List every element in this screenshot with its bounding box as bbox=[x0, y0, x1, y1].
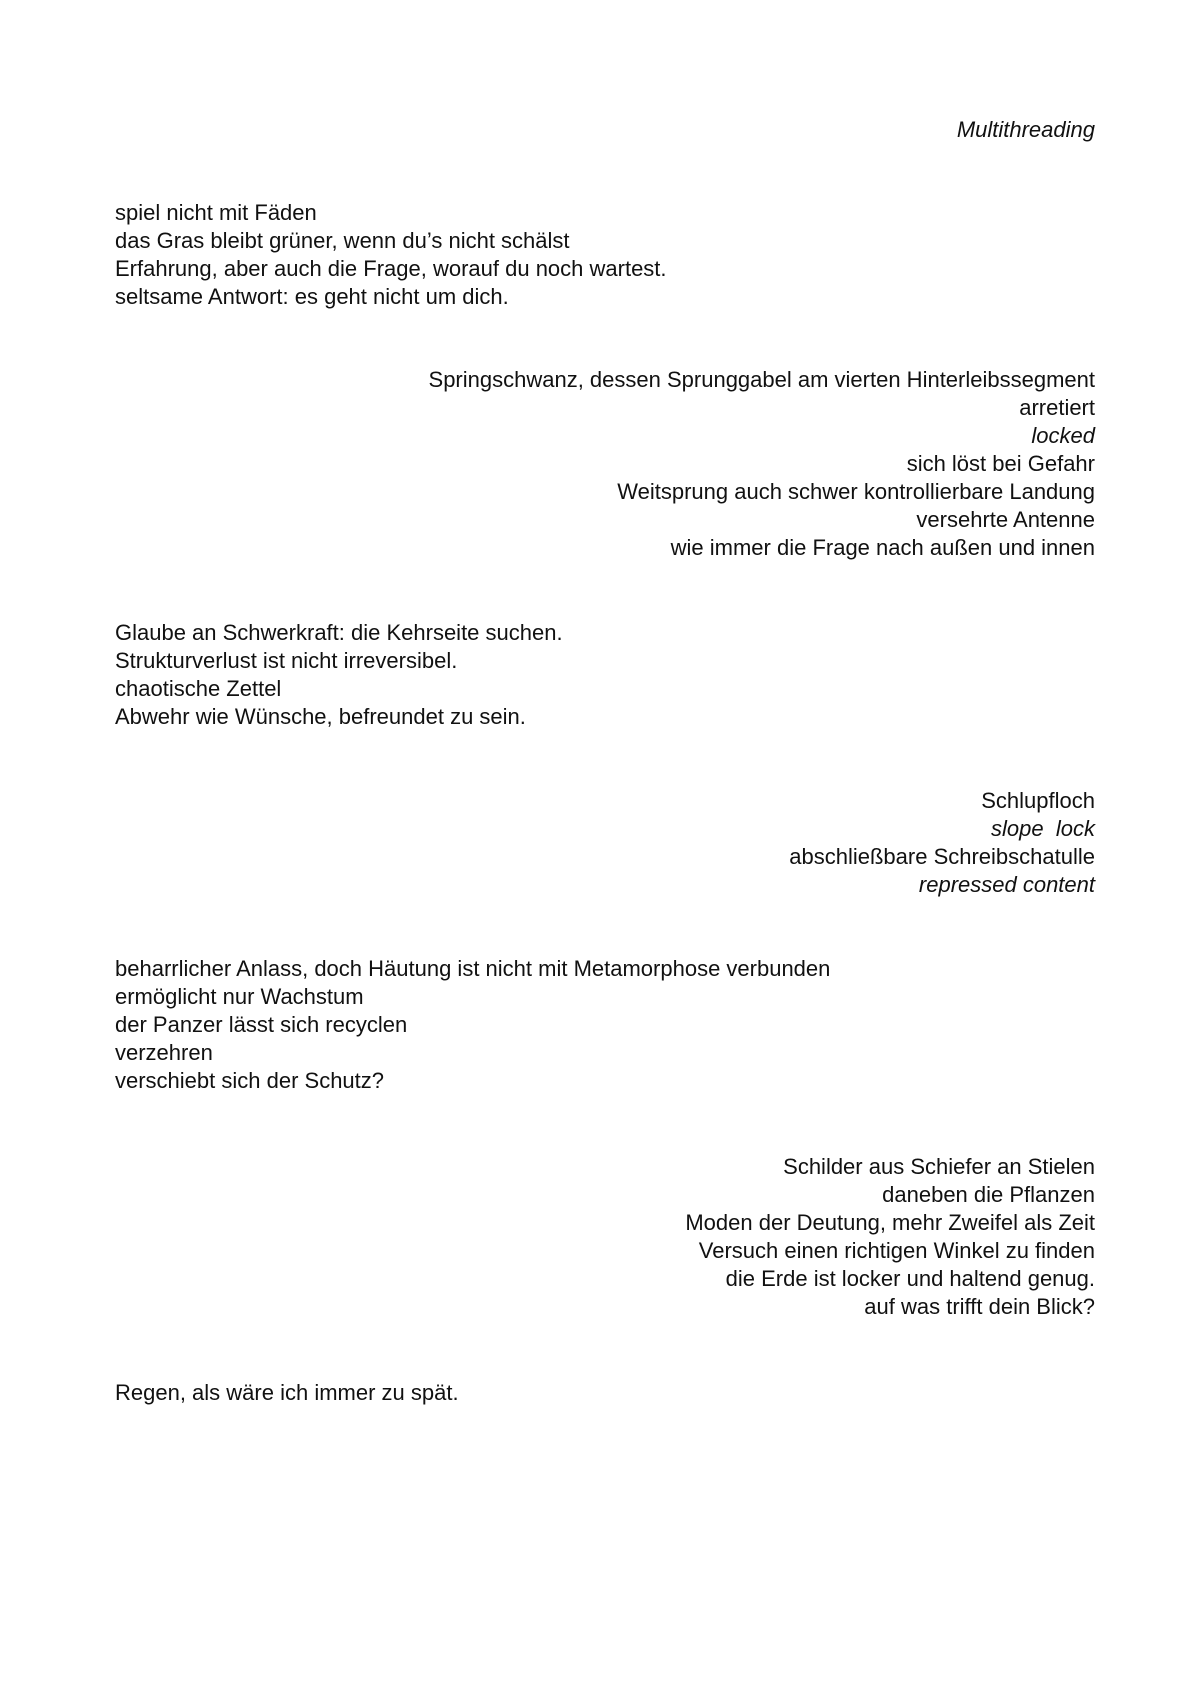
poem-line: abschließbare Schreibschatulle bbox=[789, 843, 1095, 871]
poem-line: Springschwanz, dessen Sprunggabel am vie… bbox=[429, 366, 1095, 394]
stanza-7: Regen, als wäre ich immer zu spät. bbox=[115, 1379, 459, 1407]
poem-line: der Panzer lässt sich recyclen bbox=[115, 1011, 830, 1039]
poem-line: die Erde ist locker und haltend genug. bbox=[685, 1265, 1095, 1293]
poem-line: das Gras bleibt grüner, wenn du’s nicht … bbox=[115, 227, 667, 255]
poem-line: Schilder aus Schiefer an Stielen bbox=[685, 1153, 1095, 1181]
stanza-6: Schilder aus Schiefer an Stielendaneben … bbox=[685, 1153, 1095, 1321]
poem-line: arretiert bbox=[429, 394, 1095, 422]
poem-line: beharrlicher Anlass, doch Häutung ist ni… bbox=[115, 955, 830, 983]
poem-line: auf was trifft dein Blick? bbox=[685, 1293, 1095, 1321]
poem-line: Moden der Deutung, mehr Zweifel als Zeit bbox=[685, 1209, 1095, 1237]
stanza-4: Schlupflochslope lockabschließbare Schre… bbox=[789, 787, 1095, 899]
poem-line: repressed content bbox=[789, 871, 1095, 899]
poem-line: ermöglicht nur Wachstum bbox=[115, 983, 830, 1011]
poem-line: seltsame Antwort: es geht nicht um dich. bbox=[115, 283, 667, 311]
poem-line: wie immer die Frage nach außen und innen bbox=[429, 534, 1095, 562]
poem-line: Versuch einen richtigen Winkel zu finden bbox=[685, 1237, 1095, 1265]
poem-line: Strukturverlust ist nicht irreversibel. bbox=[115, 647, 563, 675]
stanza-2: Springschwanz, dessen Sprunggabel am vie… bbox=[429, 366, 1095, 562]
poem-line: Regen, als wäre ich immer zu spät. bbox=[115, 1379, 459, 1407]
poem-line: spiel nicht mit Fäden bbox=[115, 199, 667, 227]
poem-line: versehrte Antenne bbox=[429, 506, 1095, 534]
poem-line: verschiebt sich der Schutz? bbox=[115, 1067, 830, 1095]
poem-line: Erfahrung, aber auch die Frage, worauf d… bbox=[115, 255, 667, 283]
poem-line: Abwehr wie Wünsche, befreundet zu sein. bbox=[115, 703, 563, 731]
poem-line: daneben die Pflanzen bbox=[685, 1181, 1095, 1209]
stanza-3: Glaube an Schwerkraft: die Kehrseite suc… bbox=[115, 619, 563, 731]
poem-title: Multithreading bbox=[957, 116, 1095, 144]
stanza-1: spiel nicht mit Fädendas Gras bleibt grü… bbox=[115, 199, 667, 311]
poem-line: locked bbox=[429, 422, 1095, 450]
poem-line: Glaube an Schwerkraft: die Kehrseite suc… bbox=[115, 619, 563, 647]
stanza-5: beharrlicher Anlass, doch Häutung ist ni… bbox=[115, 955, 830, 1095]
poem-line: chaotische Zettel bbox=[115, 675, 563, 703]
poem-line: verzehren bbox=[115, 1039, 830, 1067]
poem-line: slope lock bbox=[789, 815, 1095, 843]
poem-line: Schlupfloch bbox=[789, 787, 1095, 815]
poem-line: sich löst bei Gefahr bbox=[429, 450, 1095, 478]
poem-line: Weitsprung auch schwer kontrollierbare L… bbox=[429, 478, 1095, 506]
